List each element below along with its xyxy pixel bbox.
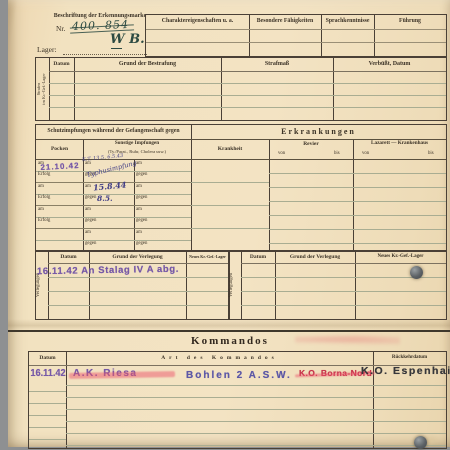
punishment-side-label: Strafen im Kr.-Gef.-Lager (37, 61, 49, 117)
handwritten-date-85: 8.5. (97, 194, 113, 203)
am-label: am (38, 207, 44, 213)
punishment-table: Strafen im Kr.-Gef.-Lager Datum Grund de… (35, 57, 447, 121)
transfer-side-label: Verlegungen (229, 255, 241, 315)
divider-line (269, 139, 270, 251)
divider-line (191, 125, 192, 251)
rule-line (269, 215, 446, 216)
rule-line (29, 427, 66, 428)
divider-line (83, 139, 84, 251)
illness-name-header: Krankheit (191, 146, 269, 152)
divider-line (275, 251, 276, 319)
am-label: am (136, 230, 142, 236)
rule-line (146, 29, 446, 30)
transfer-stalag-stamp: 16.11.42 An Stalag IV A abg. (37, 264, 179, 277)
traits-table: Charaktereigenschaften u. a. Besondere F… (145, 14, 447, 57)
paper-crease (8, 319, 450, 330)
infirmary-to-label: bis (334, 151, 340, 157)
erfolg-label: Erfolg (38, 218, 50, 224)
am-label: am (136, 184, 142, 190)
col-conduct: Führung (374, 18, 446, 25)
rule-line (29, 415, 66, 416)
infirmary-from-label: von (278, 151, 285, 157)
rule-line (66, 421, 446, 422)
rule-line (269, 229, 446, 230)
transfer-reason-header: Grund der Verlegung (275, 254, 355, 260)
gegen-label: gegen (136, 172, 147, 178)
side-label-line2: im Kr.-Gef.-Lager (41, 73, 46, 104)
hospital-header: Lazarett — Krankenhaus (353, 141, 446, 147)
transfer-date-header: Datum (241, 254, 275, 260)
handwritten-date-1944: 15.8.44 (93, 180, 127, 193)
punishment-served-header: Verbüßt, Datum (333, 61, 446, 68)
kommando-type-header: Art des Kommandos (66, 355, 373, 361)
rule-line (36, 217, 191, 218)
infirmary-header: Revier (269, 141, 353, 147)
red-ink-smudge (295, 334, 400, 345)
divider-line (353, 139, 354, 251)
punishment-reason-header: Grund der Bestrafung (74, 61, 221, 68)
camp-label: Lager: (37, 46, 57, 55)
punch-hole (410, 266, 423, 279)
kommandos-title: Kommandos (150, 335, 310, 348)
rule-line (269, 173, 446, 174)
rule-line (66, 445, 446, 446)
hospital-from-label: von (362, 151, 369, 157)
transfer-table-left: Verlegungen Datum Grund der Verlegung Ne… (35, 250, 230, 320)
col-character-traits: Charaktereigenschaften u. a. (146, 18, 249, 25)
rule-line (36, 240, 191, 241)
gegen-label: gegen (85, 241, 96, 247)
rule-line (36, 228, 191, 229)
rule-line (36, 194, 191, 195)
divider-line (89, 251, 90, 319)
am-label: am (85, 184, 91, 190)
transfer-date-header: Datum (48, 254, 89, 260)
section-divider (8, 330, 450, 332)
camp-value-underline (111, 48, 122, 49)
rule-line (36, 205, 191, 206)
kommando-return-header: Rückkehrdatum (373, 355, 446, 361)
am-label: am (38, 184, 44, 190)
rule-line (49, 83, 446, 84)
rule-line (49, 107, 446, 108)
divider-line (355, 251, 356, 319)
gegen-label: gegen (136, 218, 147, 224)
transfer-table-right: Verlegungen Datum Grund der Verlegung Ne… (228, 250, 447, 320)
rule-line (241, 291, 446, 292)
rule-line (269, 201, 446, 202)
punishment-penalty-header: Strafmaß (221, 61, 333, 68)
erfolg-label: Erfolg (38, 195, 50, 201)
rule-line (29, 391, 66, 392)
vaccination-title: Schutzimpfungen während der Gefangenscha… (36, 128, 191, 135)
rule-line (191, 205, 269, 206)
rule-line (48, 291, 229, 292)
col-special-abilities: Besondere Fähigkeiten (249, 18, 321, 25)
camp-handwritten-value: W B. (110, 32, 145, 47)
rule-line (29, 403, 66, 404)
rule-line (146, 42, 446, 43)
rule-line (269, 243, 446, 244)
kommando-date-header: Datum (29, 355, 66, 361)
transfer-reason-header: Grund der Verlegung (89, 254, 186, 260)
other-vaccinations-subheader: (Ty./Parat., Ruhr, Cholera usw.) (83, 149, 191, 154)
rule-line (66, 409, 446, 410)
rule-line (241, 305, 446, 306)
kommando-date-stamp: 16.11.42 (30, 368, 67, 379)
divider-line (48, 251, 49, 319)
vaccination-illness-table: Schutzimpfungen während der Gefangenscha… (35, 124, 447, 252)
divider-line (241, 251, 242, 319)
rule-line (48, 277, 229, 278)
smallpox-header: Pocken (36, 146, 83, 152)
rule-line (241, 263, 446, 264)
handwritten-vaccination-dates: K.T. 13.5. 6.5.43 (82, 153, 124, 163)
hospital-to-label: bis (428, 151, 434, 157)
rule-line (269, 187, 446, 188)
col-language-skills: Sprachkenntnisse (321, 18, 374, 25)
gegen-label: gegen (136, 241, 147, 247)
gegen-label: gegen (85, 195, 96, 201)
rule-line (66, 433, 446, 434)
erfolg-label: Erfolg (38, 172, 50, 178)
kommando-espenhain-stamp: K.O. Espenhain (361, 365, 450, 377)
other-vaccinations-header: Sonstige Impfungen (83, 141, 191, 147)
rule-line (191, 228, 269, 229)
rule-line (66, 385, 446, 386)
scanned-pow-record-card: Beschriftung der Erkennungsmarke Nr. 400… (0, 0, 450, 450)
kommando-bohlen-stamp: Bohlen 2 A.S.W. (186, 370, 292, 381)
gegen-label: gegen (85, 218, 96, 224)
punishment-date-header: Datum (49, 61, 74, 67)
rule-line (49, 95, 446, 96)
camp-dotted-line (63, 47, 147, 55)
tag-number-label: Nr. (56, 25, 65, 34)
rule-line (191, 182, 269, 183)
rule-line (49, 71, 446, 72)
rule-line (66, 397, 446, 398)
am-label: am (136, 207, 142, 213)
red-strikethrough (69, 371, 175, 379)
illness-title: Erkrankungen (191, 127, 446, 136)
punch-hole (414, 436, 427, 449)
divider-line (186, 251, 187, 319)
rule-line (29, 439, 66, 440)
new-camp-header: Neues Kr.-Gef.-Lager (355, 254, 446, 260)
am-label: am (85, 207, 91, 213)
gegen-label: gegen (136, 195, 147, 201)
rule-line (48, 305, 229, 306)
transfer-side-label: Verlegungen (36, 255, 48, 315)
new-camp-header: Neues Kr.-Gef.-Lager (186, 255, 229, 260)
kommandos-table: Datum Art des Kommandos Rückkehrdatum 16… (28, 351, 447, 449)
am-label: am (85, 230, 91, 236)
